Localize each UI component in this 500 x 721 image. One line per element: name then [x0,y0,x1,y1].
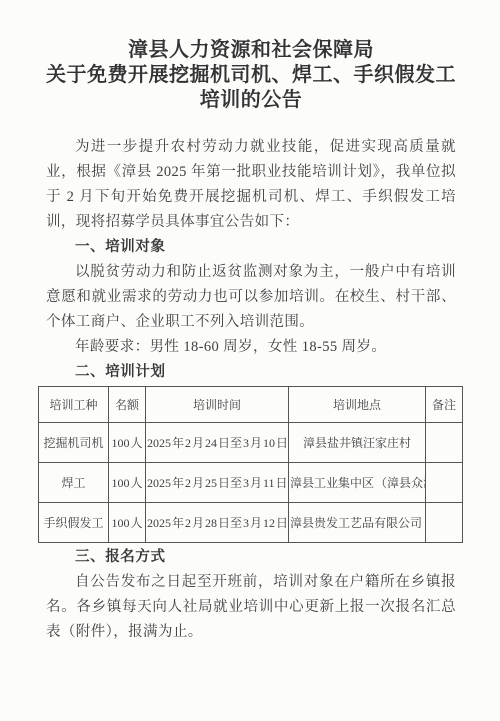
section-1-paragraph-2: 年龄要求：男性 18-60 周岁，女性 18-55 周岁。 [46,335,456,360]
cell-location: 漳县盐井镇汪家庄村 [289,423,426,463]
cell-note [426,463,463,503]
header-quota: 名额 [109,387,146,423]
section-3-heading: 三、报名方式 [46,545,456,570]
header-training-type: 培训工种 [39,387,109,423]
cell-type: 焊工 [39,463,109,503]
section-3-paragraph-1: 自公告发布之日起至开班前，培训对象在户籍所在乡镇报名。各乡镇每天向人社局就业培训… [46,570,456,645]
section-2-heading: 二、培训计划 [46,360,456,385]
header-remarks: 备注 [426,387,463,423]
training-plan-table: 培训工种 名额 培训时间 培训地点 备注 挖掘机司机 100 人 2025 年 … [38,386,463,543]
title-line-2: 关于免费开展挖掘机司机、焊工、手织假发工 [46,63,456,88]
title-line-3: 培训的公告 [46,88,456,113]
header-training-time: 培训时间 [146,387,289,423]
cell-type: 挖掘机司机 [39,423,109,463]
cell-location: 漳县工业集中区 （漳县众汇职业培训学校） [289,463,426,503]
table-row-excavator: 挖掘机司机 100 人 2025 年 2 月 24 日至 3 月 10 日 漳县… [39,423,463,463]
table-header-row: 培训工种 名额 培训时间 培训地点 备注 [39,387,463,423]
cell-quota: 100 人 [109,503,146,543]
intro-paragraph: 为进一步提升农村劳动力就业技能，促进实现高质量就业，根据《漳县 2025 年第一… [46,135,456,235]
cell-note [426,503,463,543]
cell-note [426,423,463,463]
section-1-heading: 一、培训对象 [46,235,456,260]
document-page: 漳县人力资源和社会保障局 关于免费开展挖掘机司机、焊工、手织假发工 培训的公告 … [0,0,500,721]
cell-time: 2025 年 2 月 25 日至 3 月 11 日 [146,463,289,503]
document-title: 漳县人力资源和社会保障局 关于免费开展挖掘机司机、焊工、手织假发工 培训的公告 [46,38,456,113]
training-plan-table-wrapper: 培训工种 名额 培训时间 培训地点 备注 挖掘机司机 100 人 2025 年 … [46,385,456,545]
table-row-welder: 焊工 100 人 2025 年 2 月 25 日至 3 月 11 日 漳县工业集… [39,463,463,503]
table-row-wig-maker: 手织假发工 100 人 2025 年 2 月 28 日至 3 月 12 日 漳县… [39,503,463,543]
cell-quota: 100 人 [109,423,146,463]
cell-time: 2025 年 2 月 24 日至 3 月 10 日 [146,423,289,463]
title-line-1: 漳县人力资源和社会保障局 [46,38,456,63]
cell-type: 手织假发工 [39,503,109,543]
section-1-paragraph-1: 以脱贫劳动力和防止返贫监测对象为主，一般户中有培训意愿和就业需求的劳动力也可以参… [46,260,456,335]
header-training-location: 培训地点 [289,387,426,423]
cell-quota: 100 人 [109,463,146,503]
cell-time: 2025 年 2 月 28 日至 3 月 12 日 [146,503,289,543]
cell-location: 漳县贵发工艺品有限公司 （贵清润苑北门） [289,503,426,543]
